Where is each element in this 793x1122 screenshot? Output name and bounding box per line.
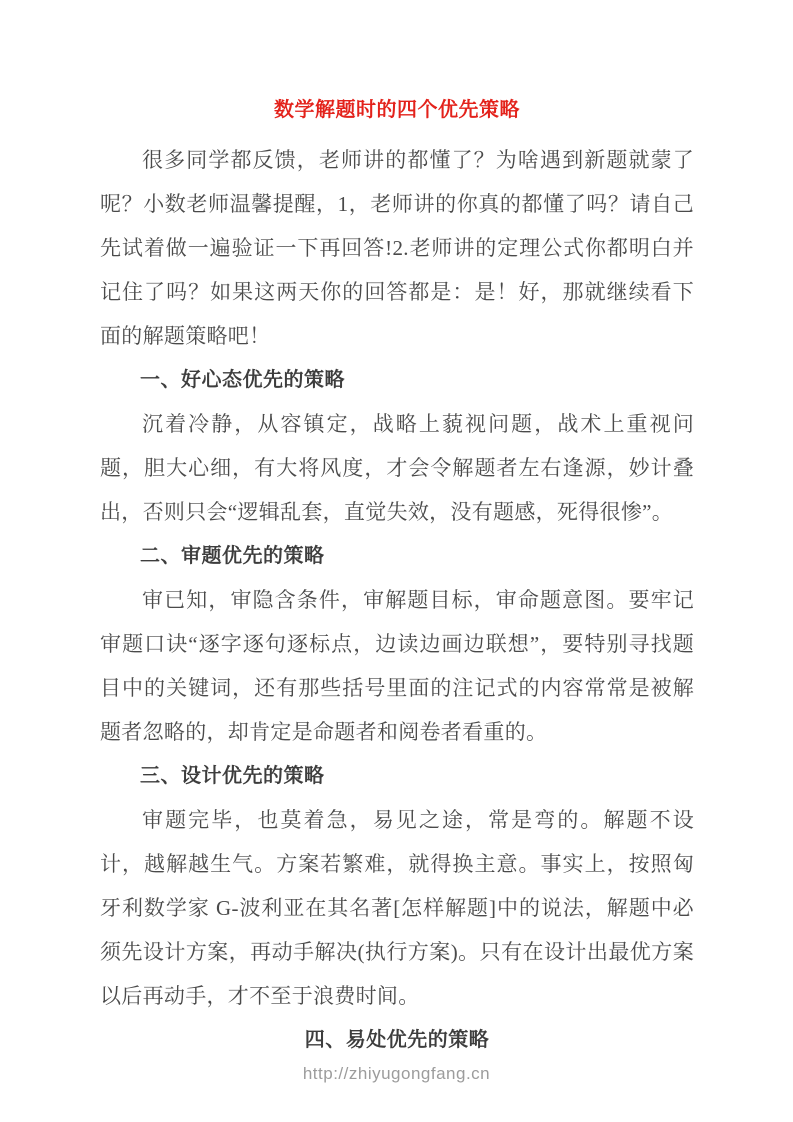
section-heading-4: 四、易处优先的策略 <box>100 1018 694 1062</box>
section-paragraph-3: 审题完毕，也莫着急，易见之途，常是弯的。解题不设计，越解越生气。方案若繁难，就得… <box>100 798 694 1018</box>
document-title: 数学解题时的四个优先策略 <box>100 94 694 126</box>
intro-paragraph: 很多同学都反馈，老师讲的都懂了？为啥遇到新题就蒙了呢？小数老师温馨提醒，1，老师… <box>100 138 694 358</box>
document-page: 数学解题时的四个优先策略 很多同学都反馈，老师讲的都懂了？为啥遇到新题就蒙了呢？… <box>0 0 793 1122</box>
footer-url: http://zhiyugongfang.cn <box>0 1064 793 1084</box>
document-content: 数学解题时的四个优先策略 很多同学都反馈，老师讲的都懂了？为啥遇到新题就蒙了呢？… <box>100 94 694 1062</box>
section-heading-2: 二、审题优先的策略 <box>100 534 694 578</box>
section-paragraph-2: 审已知，审隐含条件，审解题目标，审命题意图。要牢记审题口诀“逐字逐句逐标点，边读… <box>100 578 694 754</box>
section-heading-1: 一、好心态优先的策略 <box>100 358 694 402</box>
section-paragraph-1: 沉着冷静，从容镇定，战略上藐视问题，战术上重视问题，胆大心细，有大将风度，才会令… <box>100 402 694 534</box>
section-heading-3: 三、设计优先的策略 <box>100 754 694 798</box>
